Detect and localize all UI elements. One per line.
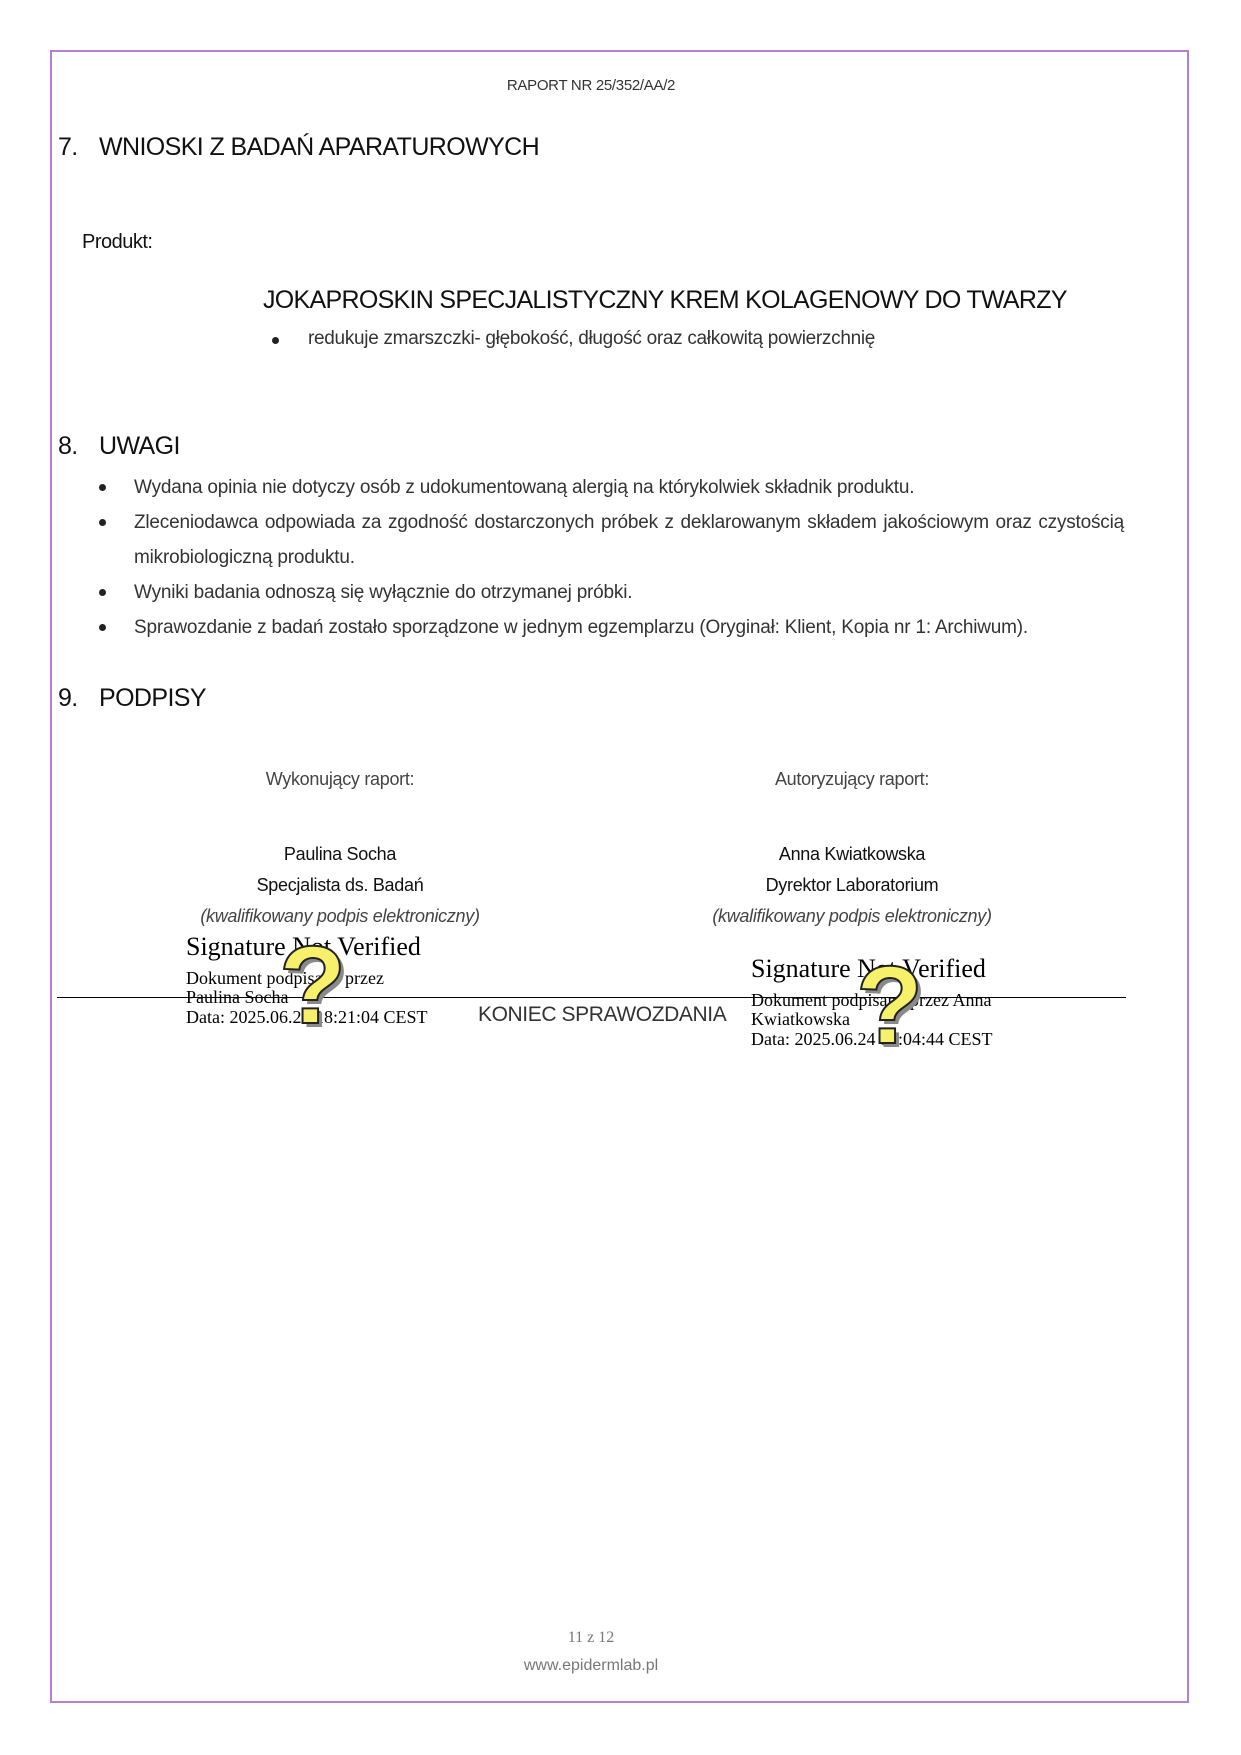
section-8-heading: 8.UWAGI — [58, 432, 180, 461]
bullet-icon — [99, 589, 106, 596]
signature-type: (kwalifikowany podpis elektroniczny) — [652, 906, 1052, 927]
bullet-icon — [99, 519, 106, 526]
product-claim: redukuje zmarszczki- głębokość, długość … — [308, 328, 875, 350]
page-number: 11 z 12 — [0, 1629, 1182, 1647]
signer-position: Dyrektor Laboratorium — [652, 875, 1052, 896]
section-9-heading: 9.PODPISY — [58, 684, 206, 713]
note-item: Zleceniodawca odpowiada za zgodność dost… — [134, 505, 1124, 575]
signer-role: Autoryzujący raport: — [652, 769, 1052, 790]
website-link[interactable]: www.epidermlab.pl — [0, 1657, 1182, 1675]
section-title: WNIOSKI Z BADAŃ APARATUROWYCH — [99, 133, 539, 161]
section-number: 7. — [58, 133, 99, 162]
section-title: PODPISY — [99, 684, 206, 712]
product-name: JOKAPROSKIN SPECJALISTYCZNY KREM KOLAGEN… — [263, 286, 1067, 315]
signer-name: Paulina Socha — [140, 844, 540, 865]
report-number: RAPORT NR 25/352/AA/2 — [0, 77, 1182, 94]
note-item: Wyniki badania odnoszą się wyłącznie do … — [134, 575, 1124, 610]
note-item: Wydana opinia nie dotyczy osób z udokume… — [134, 470, 1124, 505]
signature-signer-name: Paulina Socha — [186, 988, 288, 1007]
signer-name: Anna Kwiatkowska — [652, 844, 1052, 865]
question-mark-icon: ? — [279, 931, 346, 1041]
product-label: Produkt: — [82, 231, 152, 254]
question-mark-icon: ? — [856, 951, 923, 1061]
bullet-icon — [272, 337, 279, 344]
bullet-icon — [99, 624, 106, 631]
section-number: 9. — [58, 684, 99, 713]
end-of-report: KONIEC SPRAWOZDANIA — [478, 1003, 726, 1027]
signer-role: Wykonujący raport: — [140, 769, 540, 790]
section-7-heading: 7.WNIOSKI Z BADAŃ APARATUROWYCH — [58, 133, 539, 162]
bullet-icon — [99, 484, 106, 491]
signature-signer-name: Kwiatkowska — [751, 1010, 850, 1029]
signer-position: Specjalista ds. Badań — [140, 875, 540, 896]
section-title: UWAGI — [99, 432, 180, 460]
section-number: 8. — [58, 432, 99, 461]
note-item: Sprawozdanie z badań zostało sporządzone… — [134, 610, 1124, 645]
note-text: Zleceniodawca odpowiada za zgodność dost… — [134, 505, 1124, 575]
